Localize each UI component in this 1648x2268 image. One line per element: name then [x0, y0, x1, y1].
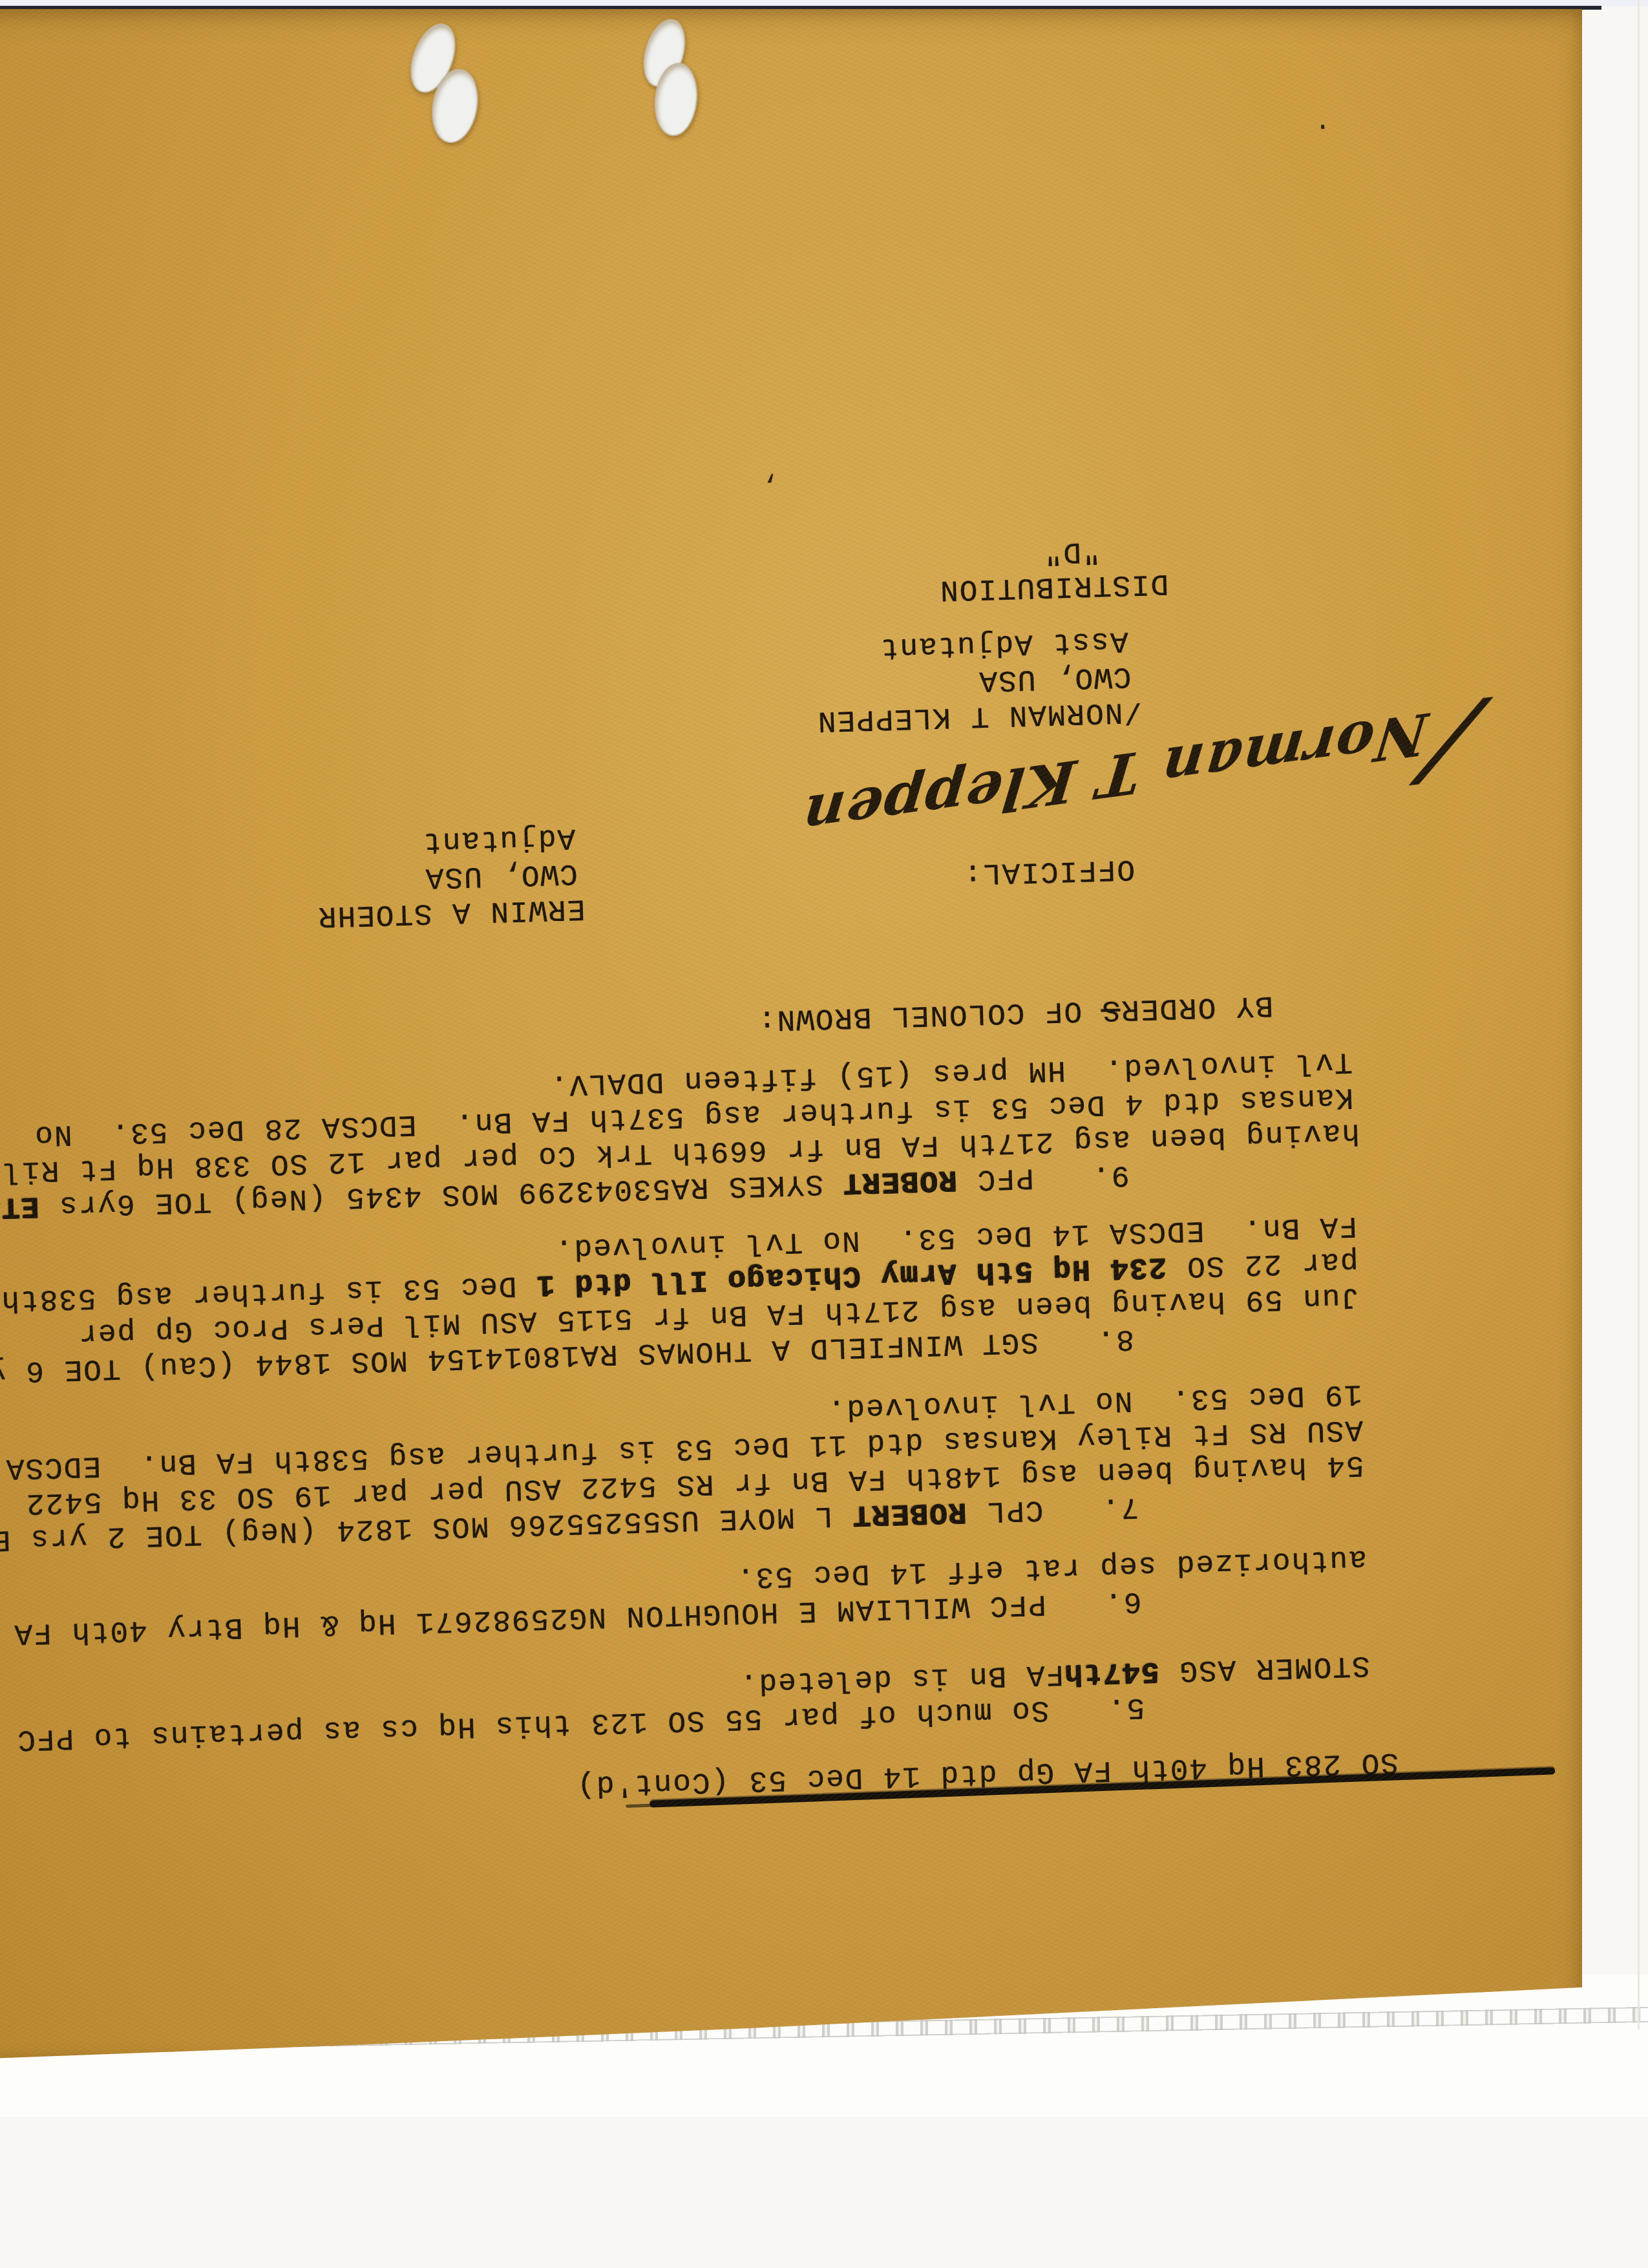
distribution-value-line: "D" — [1042, 493, 1255, 607]
sleeve-edge-line — [1638, 0, 1640, 2030]
adjutant-title: Adjutant — [422, 821, 576, 859]
overstrike-text: 547th — [1063, 1654, 1159, 1690]
scanned-document-page: SO 283 Hq 40th FA Gp dtd 14 Dec 53 (Cont… — [0, 0, 1648, 2268]
adjutant-title-line: Adjutant — [421, 779, 730, 896]
upside-down-typed-text: SO 283 Hq 40th FA Gp dtd 14 Dec 53 (Cont… — [0, 0, 1611, 2084]
stray-mark-glyph: ’ — [761, 453, 779, 486]
paragraph-8-text: Dec 53 is further asg 538th — [0, 1268, 536, 1317]
tan-paper-sheet: SO 283 Hq 40th FA Gp dtd 14 Dec 53 (Cont… — [0, 9, 1582, 2061]
paragraph-5-text: STOMER ASG — [1159, 1648, 1370, 1688]
stray-ink-mark: ’ — [761, 453, 779, 486]
stray-dot-mark: . — [1314, 116, 1332, 149]
stray-mark-glyph: . — [1314, 116, 1332, 149]
distribution-value: "D" — [1042, 534, 1101, 569]
authority-text: OF COLONEL BROWN: — [756, 993, 1101, 1037]
authority-line: BY ORDERS OF COLONEL BROWN: — [755, 946, 1428, 1074]
struck-character: S — [1101, 993, 1121, 1027]
authority-text: BY ORDER — [1120, 988, 1274, 1026]
